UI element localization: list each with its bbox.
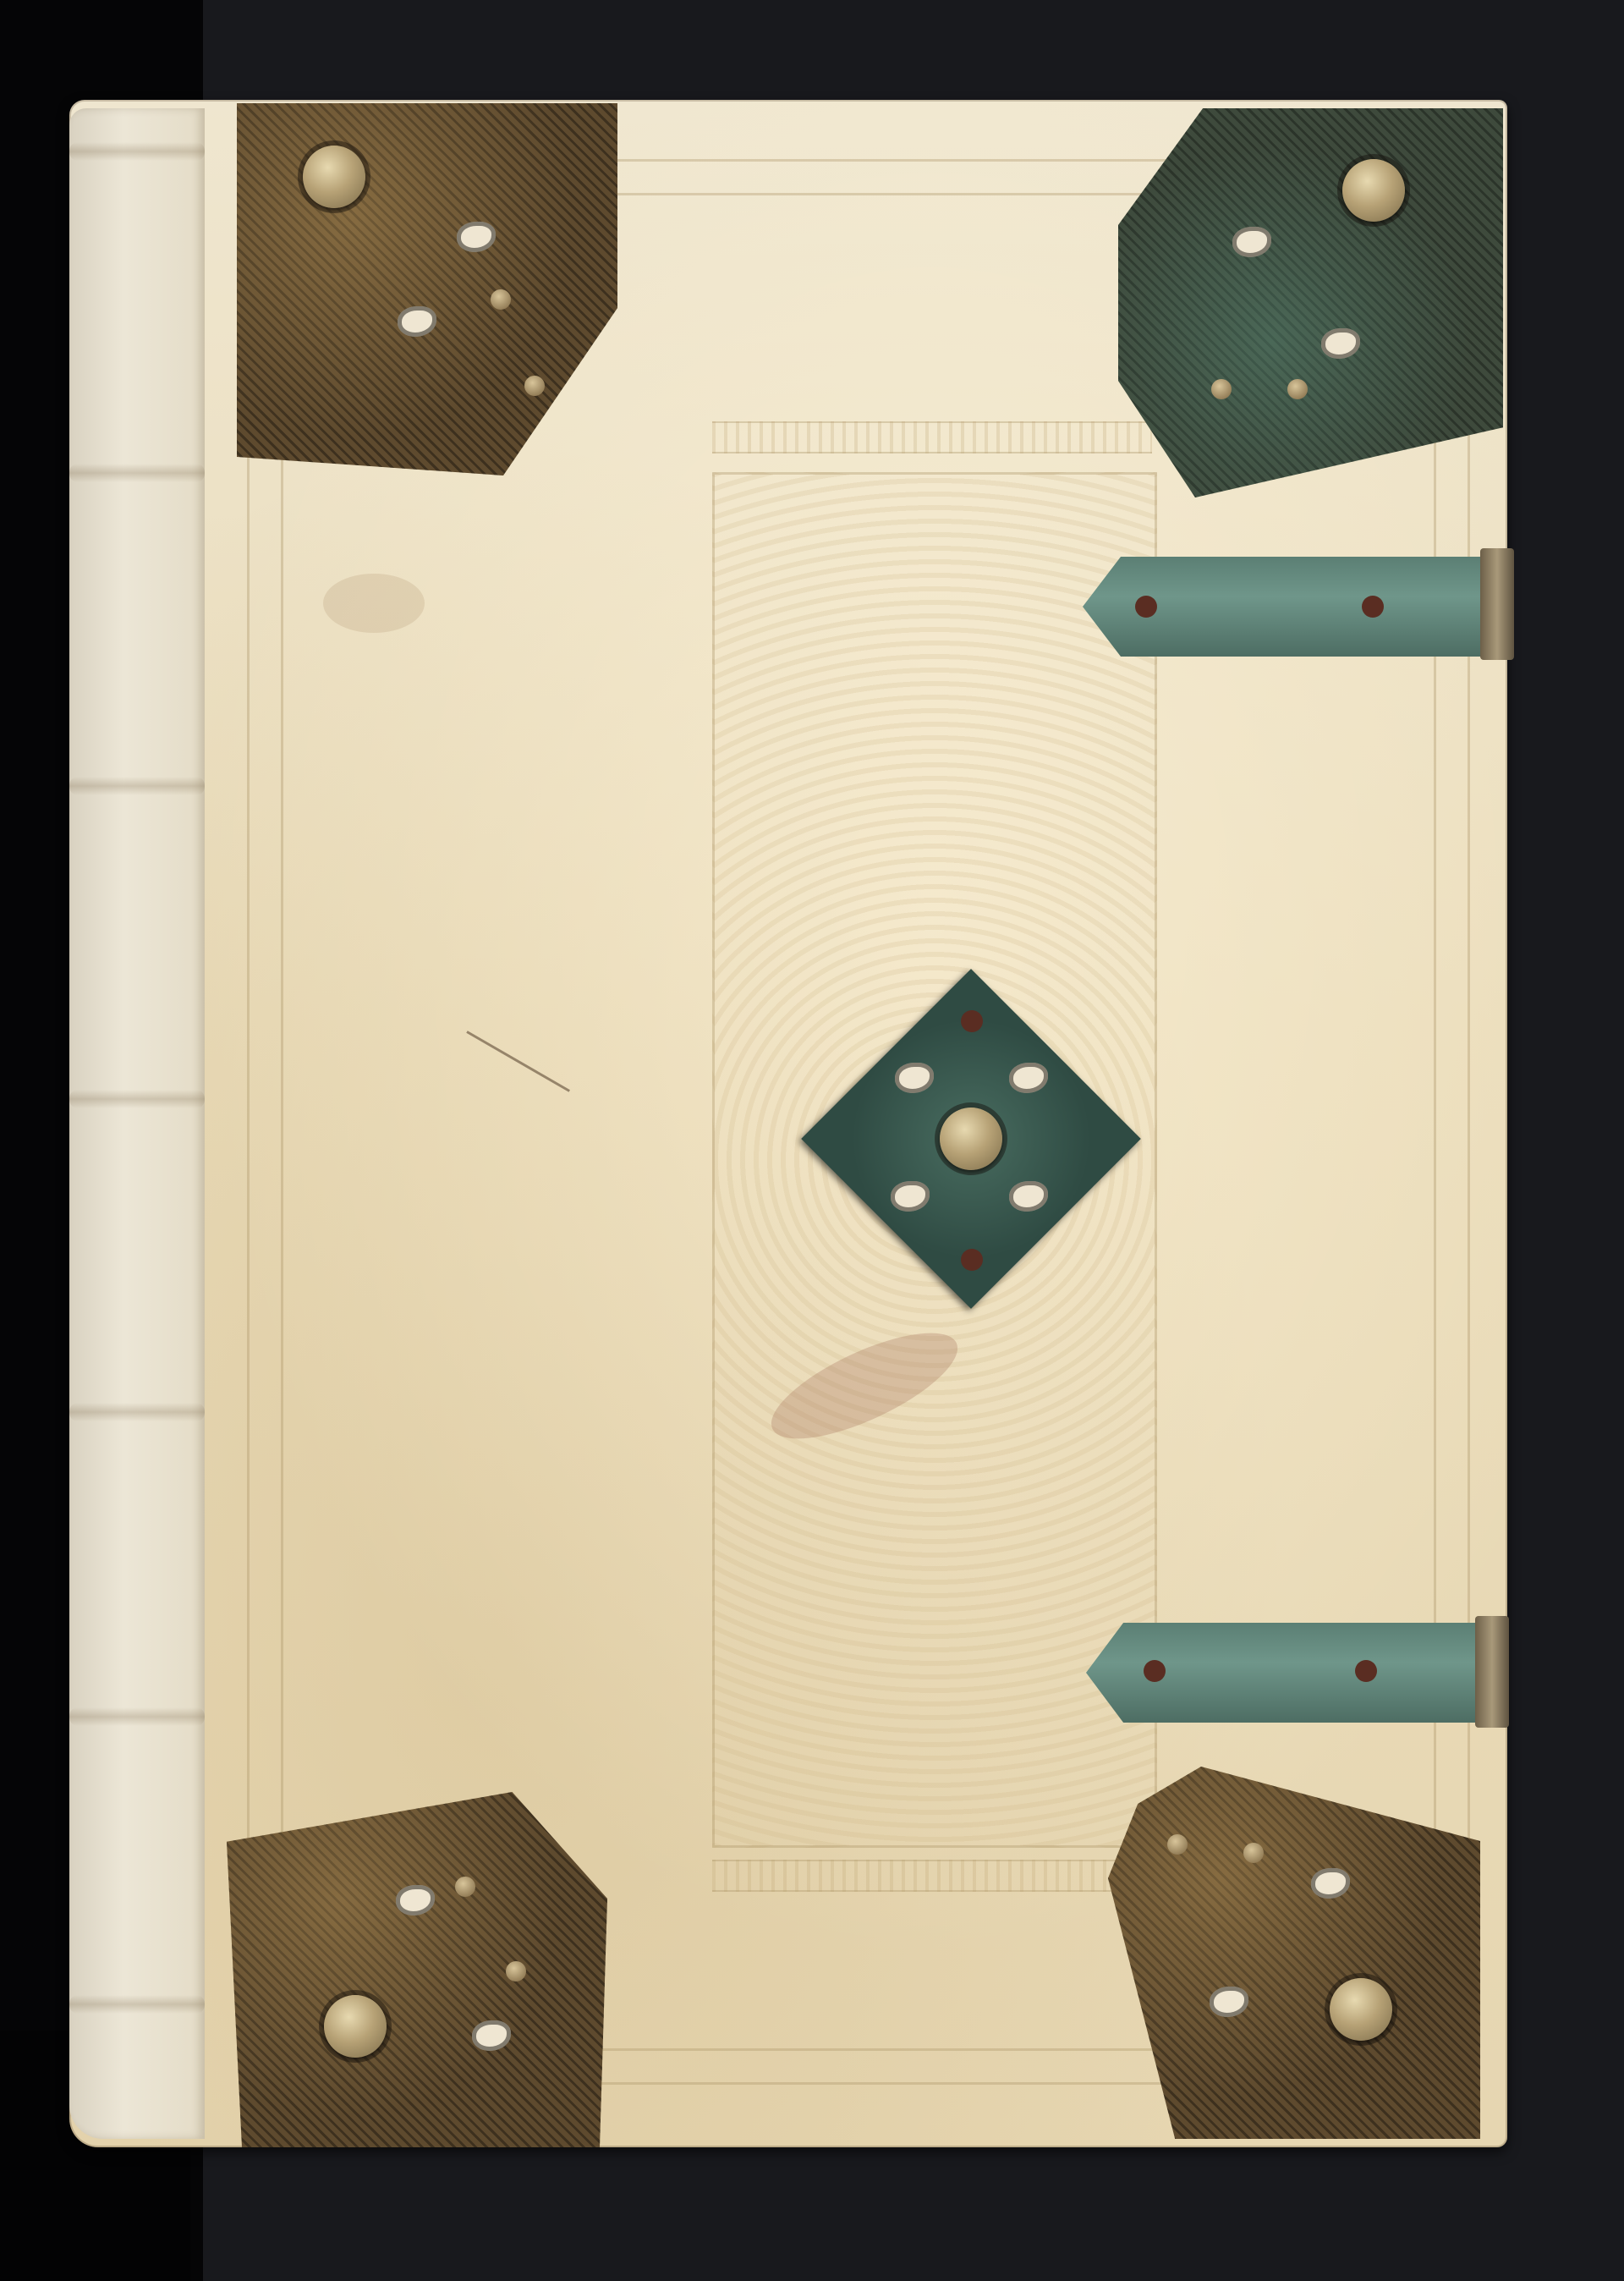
corner-piece-top-right bbox=[1118, 108, 1503, 497]
rivet bbox=[1243, 1843, 1264, 1863]
boss-nail bbox=[961, 1010, 983, 1032]
spine-band bbox=[69, 1707, 205, 1726]
roll-border-top bbox=[712, 421, 1152, 453]
spine-band bbox=[69, 1995, 205, 2014]
pierced-hole bbox=[1210, 1987, 1248, 2017]
pierced-hole bbox=[1321, 328, 1360, 359]
clasp-pin bbox=[1144, 1660, 1166, 1682]
rivet bbox=[1211, 379, 1232, 399]
spine-band bbox=[69, 142, 205, 161]
spine-band bbox=[69, 464, 205, 482]
clasp-lower bbox=[1086, 1623, 1501, 1723]
stain bbox=[323, 574, 425, 633]
corner-piece-bottom-left bbox=[227, 1792, 607, 2147]
spine-band bbox=[69, 1403, 205, 1421]
clasp-catch-upper bbox=[1480, 548, 1514, 660]
pierced-hole bbox=[1311, 1868, 1350, 1899]
center-diamond-boss bbox=[802, 970, 1140, 1308]
roll-border-bottom bbox=[712, 1860, 1152, 1892]
clasp-pin bbox=[1355, 1660, 1377, 1682]
spine-band bbox=[69, 777, 205, 795]
clasp-pin bbox=[1135, 596, 1157, 618]
rivet bbox=[1287, 379, 1308, 399]
corner-boss bbox=[1342, 159, 1405, 222]
spine-band bbox=[69, 1090, 205, 1108]
corner-boss bbox=[324, 1995, 387, 2058]
pierced-hole bbox=[457, 222, 496, 252]
pierced-hole bbox=[396, 1885, 435, 1915]
corner-boss bbox=[1330, 1978, 1392, 2041]
rivet bbox=[455, 1877, 475, 1897]
boss-nail bbox=[961, 1249, 983, 1271]
book-spine bbox=[69, 108, 205, 2139]
rivet bbox=[524, 376, 545, 396]
rivet bbox=[1167, 1834, 1188, 1855]
corner-boss bbox=[303, 146, 365, 208]
pierced-hole bbox=[398, 306, 436, 337]
rivet bbox=[506, 1961, 526, 1981]
clasp-upper bbox=[1083, 557, 1506, 657]
pierced-hole bbox=[472, 2020, 511, 2051]
pierced-hole bbox=[1232, 227, 1271, 257]
clasp-pin bbox=[1362, 596, 1384, 618]
clasp-catch-lower bbox=[1475, 1616, 1509, 1728]
book bbox=[69, 100, 1507, 2147]
center-boss bbox=[940, 1108, 1002, 1170]
rivet bbox=[491, 289, 511, 310]
